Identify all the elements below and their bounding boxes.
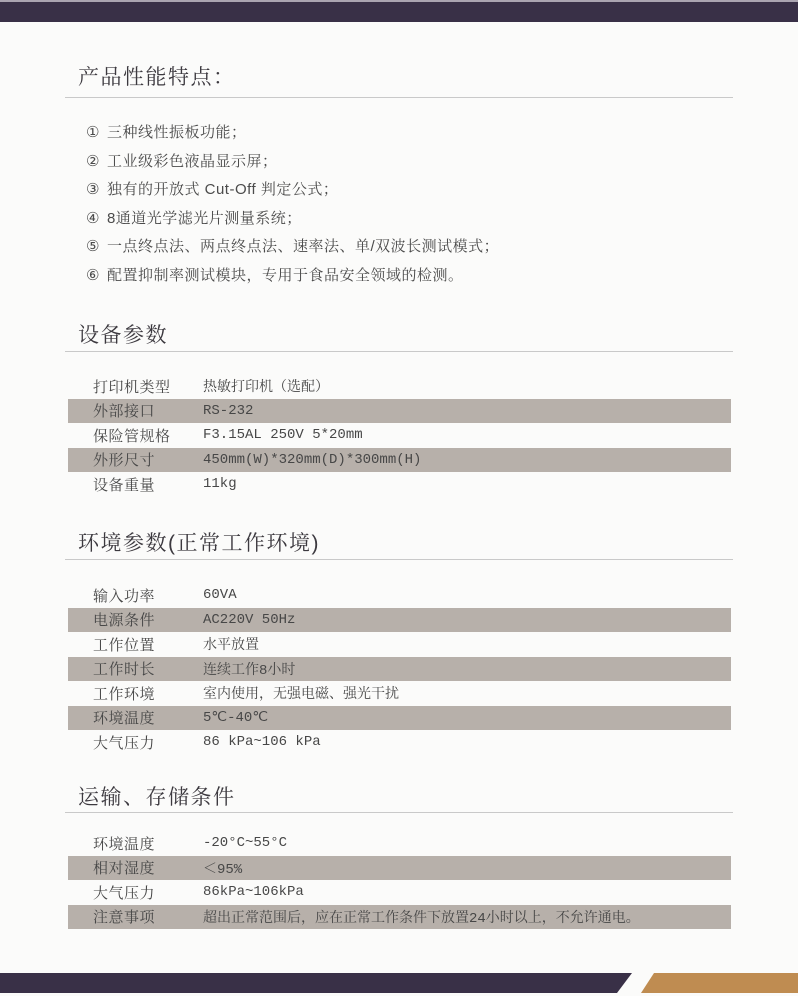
transport-storage-rule: [65, 812, 733, 813]
param-label: 大气压力: [68, 732, 203, 753]
feature-text: 配置抑制率测试模块，专用于食品安全领域的检测。: [107, 267, 464, 284]
table-row: 注意事项超出正常范围后，应在正常工作条件下放置24小时以上，不允许通电。: [68, 905, 731, 930]
param-label: 电源条件: [68, 609, 203, 630]
param-label: 环境温度: [68, 707, 203, 728]
param-label: 相对湿度: [68, 857, 203, 878]
param-value: 超出正常范围后，应在正常工作条件下放置24小时以上，不允许通电。: [203, 907, 640, 927]
device-params-title: 设备参数: [78, 319, 168, 349]
header-brand-bar: [0, 2, 798, 22]
param-label: 外部接口: [68, 400, 203, 421]
param-value: 60VA: [203, 587, 237, 603]
footer-accent-bar: [641, 973, 798, 993]
feature-text: 一点终点法、两点终点法、速率法、单/双波长测试模式；: [107, 238, 499, 255]
param-label: 工作环境: [68, 683, 203, 704]
feature-bullet: ⑥: [86, 267, 100, 284]
param-value: 热敏打印机（选配）: [203, 376, 329, 396]
transport-storage-table: 环境温度-20°C~55°C 相对湿度＜95% 大气压力86kPa~106kPa…: [68, 831, 731, 929]
table-row: 大气压力86kPa~106kPa: [68, 880, 731, 905]
feature-bullet: ①: [86, 124, 100, 141]
footer-brand-bar: [0, 973, 632, 993]
feature-item: ③独有的开放式 Cut-Off 判定公式；: [86, 176, 499, 205]
environment-params-title: 环境参数(正常工作环境): [78, 527, 320, 557]
table-row: 外部接口RS-232: [68, 399, 731, 424]
feature-item: ④8通道光学滤光片测量系统；: [86, 205, 499, 234]
param-value: 450mm(W)*320mm(D)*300mm(H): [203, 452, 421, 468]
param-value: -20°C~55°C: [203, 835, 287, 851]
feature-item: ②工业级彩色液晶显示屏；: [86, 148, 499, 177]
table-row: 相对湿度＜95%: [68, 856, 731, 881]
param-value: 连续工作8小时: [203, 659, 295, 679]
param-value: 室内使用，无强电磁、强光干扰: [203, 683, 399, 703]
param-label: 外形尺寸: [68, 449, 203, 470]
param-value: RS-232: [203, 403, 253, 419]
param-value: 11kg: [203, 476, 237, 492]
feature-item: ①三种线性振板功能；: [86, 119, 499, 148]
device-params-table: 打印机类型热敏打印机（选配） 外部接口RS-232 保险管规格F3.15AL 2…: [68, 374, 731, 497]
param-label: 工作位置: [68, 634, 203, 655]
features-rule: [65, 97, 733, 98]
param-value: 水平放置: [203, 634, 259, 654]
param-label: 大气压力: [68, 882, 203, 903]
feature-list: ①三种线性振板功能； ②工业级彩色液晶显示屏； ③独有的开放式 Cut-Off …: [86, 119, 499, 290]
table-row: 工作时长连续工作8小时: [68, 657, 731, 682]
feature-text: 独有的开放式 Cut-Off 判定公式；: [107, 181, 338, 198]
param-label: 工作时长: [68, 658, 203, 679]
table-row: 电源条件AC220V 50Hz: [68, 608, 731, 633]
table-row: 保险管规格F3.15AL 250V 5*20mm: [68, 423, 731, 448]
table-row: 工作位置水平放置: [68, 632, 731, 657]
feature-text: 8通道光学滤光片测量系统；: [107, 210, 302, 227]
table-row: 打印机类型热敏打印机（选配）: [68, 374, 731, 399]
feature-item: ⑥配置抑制率测试模块，专用于食品安全领域的检测。: [86, 262, 499, 291]
param-label: 环境温度: [68, 833, 203, 854]
param-label: 注意事项: [68, 906, 203, 927]
table-row: 环境温度-20°C~55°C: [68, 831, 731, 856]
table-row: 设备重量11kg: [68, 472, 731, 497]
param-value: 86kPa~106kPa: [203, 884, 304, 900]
table-row: 大气压力86 kPa~106 kPa: [68, 730, 731, 755]
param-value: ＜95%: [203, 858, 242, 878]
feature-bullet: ②: [86, 153, 100, 170]
features-title: 产品性能特点：: [78, 61, 236, 91]
param-value: 86 kPa~106 kPa: [203, 734, 321, 750]
environment-params-table: 输入功率60VA 电源条件AC220V 50Hz 工作位置水平放置 工作时长连续…: [68, 583, 731, 755]
table-row: 外形尺寸450mm(W)*320mm(D)*300mm(H): [68, 448, 731, 473]
environment-params-rule: [65, 559, 733, 560]
feature-bullet: ③: [86, 181, 100, 198]
param-value: 5℃-40℃: [203, 709, 268, 726]
spec-sheet-page: 产品性能特点： ①三种线性振板功能； ②工业级彩色液晶显示屏； ③独有的开放式 …: [0, 0, 798, 996]
table-row: 输入功率60VA: [68, 583, 731, 608]
feature-item: ⑤一点终点法、两点终点法、速率法、单/双波长测试模式；: [86, 233, 499, 262]
feature-text: 工业级彩色液晶显示屏；: [107, 153, 278, 170]
param-label: 打印机类型: [68, 376, 203, 397]
feature-text: 三种线性振板功能；: [107, 124, 247, 141]
param-value: F3.15AL 250V 5*20mm: [203, 427, 363, 443]
feature-bullet: ⑤: [86, 238, 100, 255]
table-row: 环境温度5℃-40℃: [68, 706, 731, 731]
param-label: 保险管规格: [68, 425, 203, 446]
feature-bullet: ④: [86, 210, 100, 227]
param-value: AC220V 50Hz: [203, 612, 295, 628]
transport-storage-title: 运输、存储条件: [78, 781, 236, 811]
table-row: 工作环境室内使用，无强电磁、强光干扰: [68, 681, 731, 706]
device-params-rule: [65, 351, 733, 352]
param-label: 设备重量: [68, 474, 203, 495]
param-label: 输入功率: [68, 585, 203, 606]
